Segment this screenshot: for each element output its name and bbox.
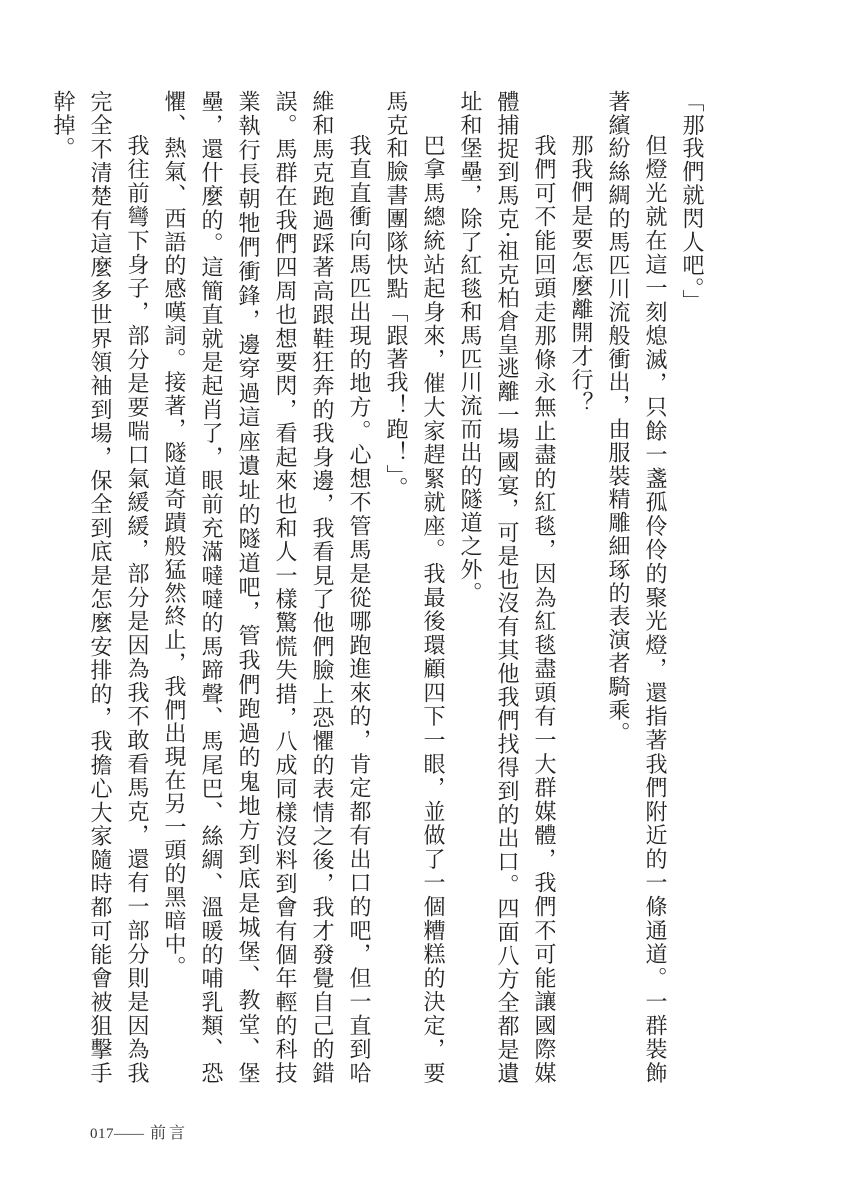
paragraph-2: 但燈光就在這一刻熄滅，只餘一盞孤伶伶的聚光燈，還指著我們附近的一條通道。一群裝飾… xyxy=(599,90,673,1085)
paragraph-7: 我往前彎下身子，部分是要喘口氣緩緩，部分是因為我不敢看馬克，還有一部分則是因為我… xyxy=(44,90,155,1085)
paragraph-6: 我直直衝向馬匹出現的地方。心想不管馬是從哪跑進來的，肯定都有出口的吧，但一直到哈… xyxy=(155,90,377,1085)
page-footer: 017——前言 xyxy=(90,1120,188,1143)
body-text: 「那我們就閃人吧。」 但燈光就在這一刻熄滅，只餘一盞孤伶伶的聚光燈，還指著我們附… xyxy=(44,90,710,1085)
footer-separator: —— xyxy=(114,1126,144,1142)
paragraph-1: 「那我們就閃人吧。」 xyxy=(673,90,710,1085)
paragraph-3: 那我們是要怎麼離開才行？ xyxy=(562,90,599,1085)
book-page: 「那我們就閃人吧。」 但燈光就在這一刻熄滅，只餘一盞孤伶伶的聚光燈，還指著我們附… xyxy=(0,0,846,1200)
paragraph-4: 我們可不能回頭走那條永無止盡的紅毯，因為紅毯盡頭有一大群媒體，我們不可能讓國際媒… xyxy=(451,90,562,1085)
section-title: 前言 xyxy=(150,1123,188,1142)
page-number: 017 xyxy=(90,1126,114,1142)
paragraph-5: 巴拿馬總統站起身來，催大家趕緊就座。我最後環顧四下一眼，並做了一個糟糕的決定，要… xyxy=(377,90,451,1085)
